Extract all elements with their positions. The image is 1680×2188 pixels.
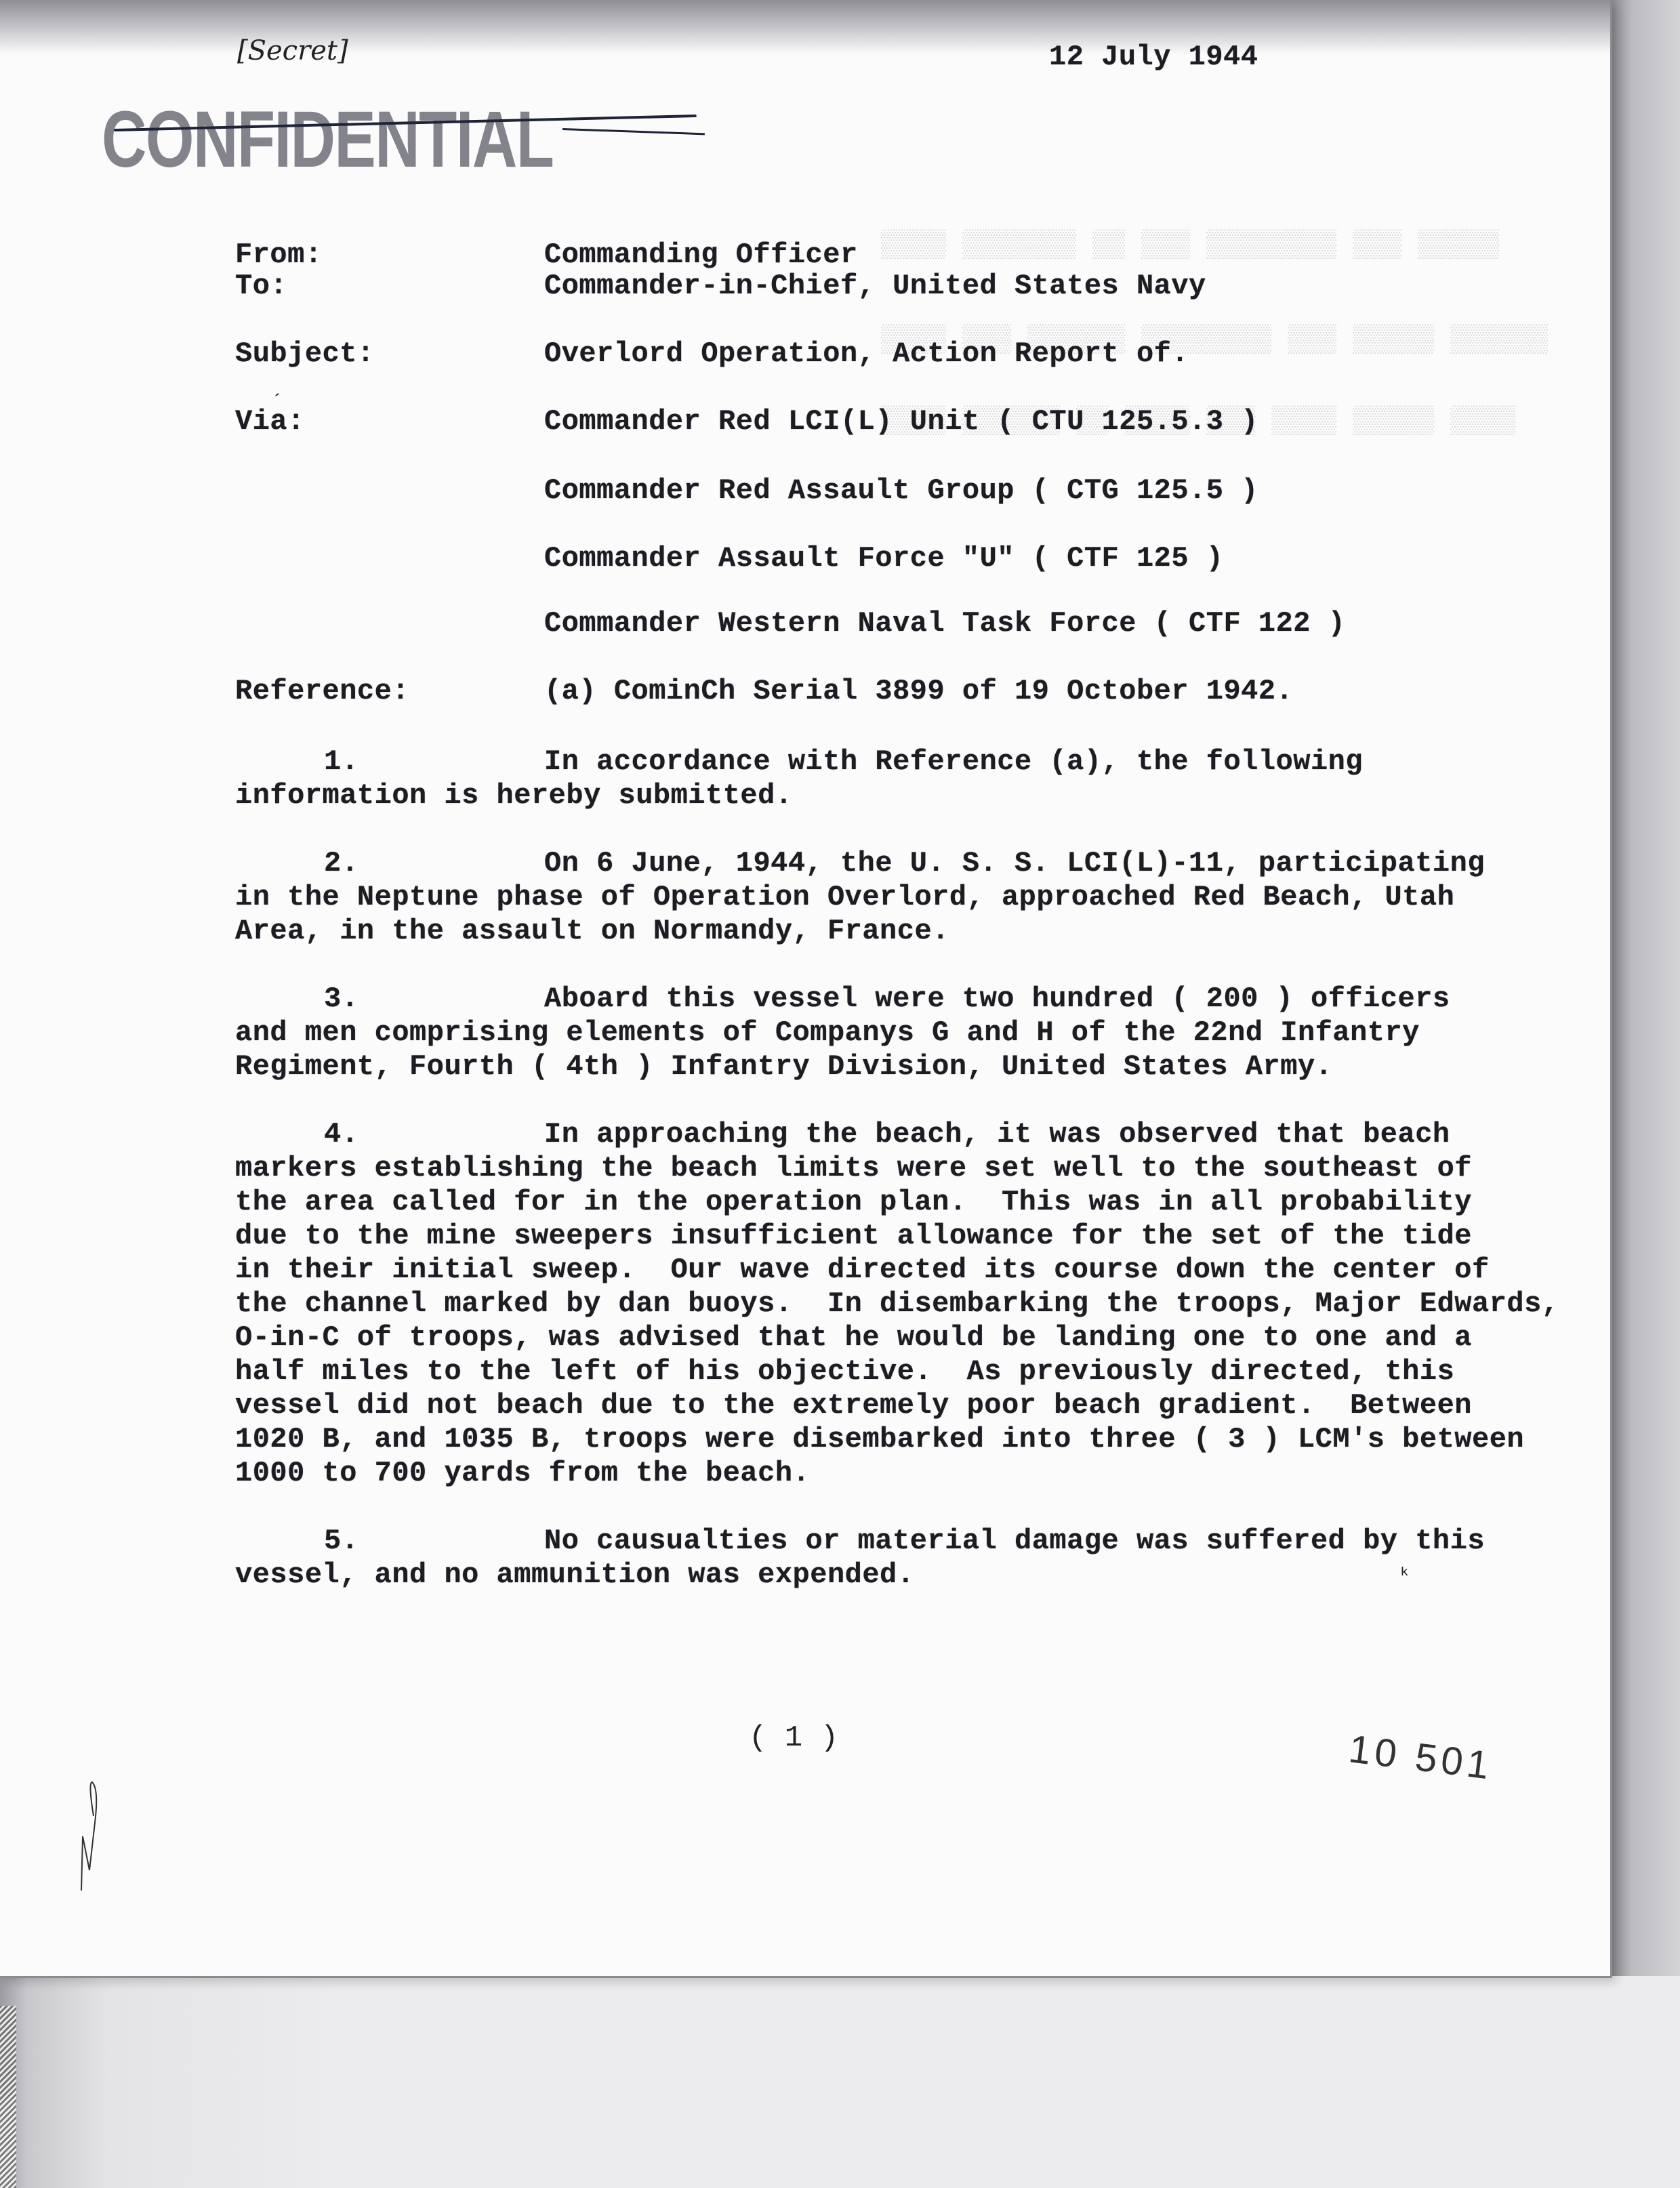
memo-field-label: Via: [235, 405, 305, 438]
memo-field-value: Commander Red Assault Group ( CTG 125.5 … [544, 474, 1258, 507]
stray-mark: ₖ [1399, 1557, 1411, 1582]
stamp-strikethrough [562, 128, 705, 135]
paragraph-line: Area, in the assault on Normandy, France… [235, 915, 949, 947]
paragraph-line: Aboard this vessel were two hundred ( 20… [544, 983, 1450, 1015]
scan-edge-shadow [1612, 0, 1680, 1976]
memo-field-label: To: [235, 270, 287, 302]
handwritten-initials-icon [68, 1775, 108, 1897]
paragraph-line: in the Neptune phase of Operation Overlo… [235, 881, 1454, 913]
document-date: 12 July 1944 [1049, 41, 1258, 73]
paragraph-line: the area called for in the operation pla… [235, 1186, 1472, 1218]
paragraph-number: 3. [324, 983, 358, 1015]
paragraph-line: Regiment, Fourth ( 4th ) Infantry Divisi… [235, 1050, 1332, 1083]
page-number: ( 1 ) [749, 1721, 838, 1755]
document-page: ▒▒▒▒ ▒▒▒▒▒▒▒ ▒▒ ▒▒▒ ▒▒▒▒▒▒▒▒ ▒▒▒ ▒▒▒▒▒ ▒… [0, 0, 1612, 1978]
scan-edge-artifact [0, 2006, 16, 2188]
paragraph-line: vessel, and no ammunition was expended. [235, 1559, 914, 1591]
memo-field-label: Reference: [235, 675, 409, 707]
stray-mark: ´ [271, 392, 283, 415]
paragraph-line: In accordance with Reference (a), the fo… [544, 745, 1363, 778]
memo-field-value: Commanding Officer [544, 239, 858, 271]
paragraph-number: 2. [324, 847, 358, 880]
memo-field-value: (a) CominCh Serial 3899 of 19 October 19… [544, 675, 1293, 707]
classification-stamp: CONFIDENTIAL [102, 94, 553, 186]
memo-field-value: Commander Western Naval Task Force ( CTF… [544, 607, 1345, 640]
memo-field-value: Commander-in-Chief, United States Navy [544, 270, 1206, 302]
memo-field-value: Overlord Operation, Action Report of. [544, 337, 1189, 370]
memo-field-value: Commander Red LCI(L) Unit ( CTU 125.5.3 … [544, 405, 1258, 438]
bleed-through-text: ▒▒▒▒ ▒▒▒▒▒▒▒ ▒▒ ▒▒▒ ▒▒▒▒▒▒▒▒ ▒▒▒ ▒▒▒▒▒ [881, 230, 1499, 261]
memo-field-label: Subject: [235, 337, 375, 370]
paragraph-line: markers establishing the beach limits we… [235, 1152, 1472, 1184]
memo-field-label: From: [235, 239, 323, 271]
paragraph-line: In approaching the beach, it was observe… [544, 1118, 1450, 1151]
file-number: 10 501 [1347, 1726, 1496, 1789]
paragraph-line: vessel did not beach due to the extremel… [235, 1389, 1472, 1422]
paragraph-line: 1020 B, and 1035 B, troops were disembar… [235, 1423, 1524, 1456]
paragraph-number: 4. [324, 1118, 358, 1151]
paragraph-number: 1. [324, 745, 358, 778]
paragraph-line: O-in-C of troops, was advised that he wo… [235, 1321, 1472, 1354]
paragraph-line: No causualties or material damage was su… [544, 1525, 1485, 1557]
paragraph-line: On 6 June, 1944, the U. S. S. LCI(L)-11,… [544, 847, 1485, 880]
paragraph-number: 5. [324, 1525, 358, 1557]
paragraph-line: and men comprising elements of Companys … [235, 1016, 1420, 1049]
paragraph-line: information is hereby submitted. [235, 779, 793, 812]
paragraph-line: the channel marked by dan buoys. In dise… [235, 1287, 1559, 1320]
handwritten-secret-note: [Secret] [237, 35, 348, 66]
memo-field-value: Commander Assault Force "U" ( CTF 125 ) [544, 542, 1223, 575]
paragraph-line: 1000 to 700 yards from the beach. [235, 1457, 810, 1489]
paragraph-line: in their initial sweep. Our wave directe… [235, 1254, 1490, 1286]
paragraph-line: due to the mine sweepers insufficient al… [235, 1220, 1472, 1252]
paragraph-line: half miles to the left of his objective.… [235, 1355, 1454, 1388]
